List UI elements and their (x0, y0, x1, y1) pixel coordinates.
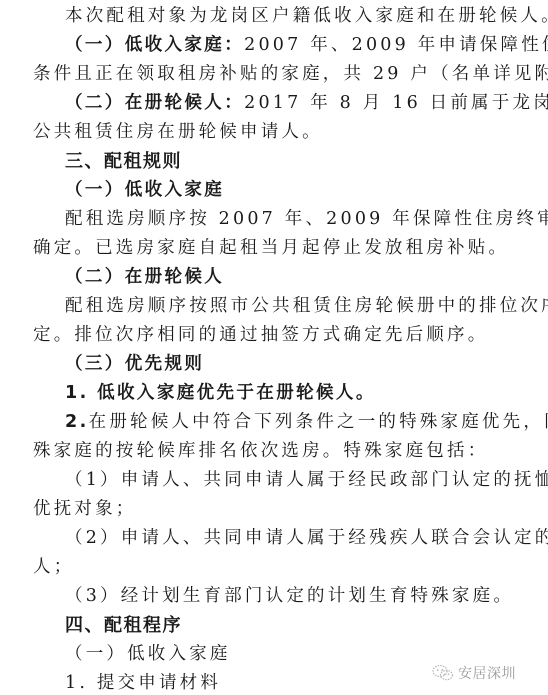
line-text: 配租选房顺序按照市公共租赁住房轮候册中的排位次序确 (65, 296, 548, 316)
special-family-item-1: （1）申请人、共同申请人属于经民政部门认定的抚恤定补 (65, 466, 517, 495)
priority-rule-2-cont: 殊家庭的按轮候库排名依次选房。特殊家庭包括： (33, 437, 517, 466)
priority-rule-2: 2.在册轮候人中符合下列条件之一的特殊家庭优先，同为特 (65, 408, 517, 437)
paragraph-low-income-cont: 条件且正在领取租房补贴的家庭，共 29 户（名单详见附件 1）。 (33, 60, 517, 89)
line-text: 2007 年、2009 年申请保障性住房符合 (244, 35, 548, 55)
step-text: 1. 提交申请材料 (65, 673, 221, 693)
watermark: 安居深圳 (432, 662, 516, 684)
paragraph-waitlist-cont: 公共租赁住房在册轮候申请人。 (33, 118, 517, 147)
paragraph-low-income-order: 配租选房顺序按 2007 年、2009 年保障性住房终审排名次序 (65, 205, 517, 234)
line-text: 在册轮候人中符合下列条件之一的特殊家庭优先，同为特 (89, 412, 548, 432)
line-text: 人； (33, 557, 74, 577)
special-family-item-1-cont: 优抚对象； (33, 495, 517, 524)
subheading-priority: （三）优先规则 (65, 350, 517, 379)
rule-text: 1. 低收入家庭优先于在册轮候人。 (65, 383, 376, 403)
special-family-item-2: （2）申请人、共同申请人属于经残疾人联合会认定的残疾 (65, 524, 517, 553)
subheading-text: （二）在册轮候人 (65, 267, 224, 287)
line-text: 确定。已选房家庭自起租当月起停止发放租房补贴。 (33, 238, 509, 258)
section-heading-rules: 三、配租规则 (65, 147, 517, 176)
paragraph-waitlist: （二）在册轮候人：2017 年 8 月 16 日前属于龙岗户籍的市 (65, 89, 517, 118)
line-text: 配租选房顺序按 2007 年、2009 年保障性住房终审排名次序 (65, 209, 548, 229)
line-text: 本次配租对象为龙岗区户籍低收入家庭和在册轮候人。 (65, 6, 548, 26)
line-text: （1）申请人、共同申请人属于经民政部门认定的抚恤定补 (65, 470, 548, 490)
line-text: 定。排位次序相同的通过抽签方式确定先后顺序。 (33, 325, 488, 345)
wechat-icon (432, 664, 454, 682)
line-text: （3）经计划生育部门认定的计划生育特殊家庭。 (65, 586, 514, 606)
heading-text: 四、配租程序 (65, 615, 182, 636)
subheading-low-income: （一）低收入家庭 (65, 176, 517, 205)
rule-number: 2. (65, 412, 89, 432)
subheading-text: （一）低收入家庭 (65, 644, 231, 664)
priority-rule-1: 1. 低收入家庭优先于在册轮候人。 (65, 379, 517, 408)
low-income-label: （一）低收入家庭： (65, 35, 244, 55)
line-text: （2）申请人、共同申请人属于经残疾人联合会认定的残疾 (65, 528, 548, 548)
paragraph-waitlist-order-cont: 定。排位次序相同的通过抽签方式确定先后顺序。 (33, 321, 517, 350)
line-text: 殊家庭的按轮候库排名依次选房。特殊家庭包括： (33, 441, 488, 461)
subheading-text: （一）低收入家庭 (65, 180, 224, 200)
line-text: 公共租赁住房在册轮候申请人。 (33, 122, 323, 142)
section-heading-procedure: 四、配租程序 (65, 611, 517, 640)
subheading-waitlist: （二）在册轮候人 (65, 263, 517, 292)
watermark-text: 安居深圳 (458, 663, 516, 683)
special-family-item-2-cont: 人； (33, 553, 517, 582)
line-text: 优抚对象； (33, 499, 137, 519)
paragraph-low-income-order-cont: 确定。已选房家庭自起租当月起停止发放租房补贴。 (33, 234, 517, 263)
paragraph-waitlist-order: 配租选房顺序按照市公共租赁住房轮候册中的排位次序确 (65, 292, 517, 321)
paragraph-low-income: （一）低收入家庭：2007 年、2009 年申请保障性住房符合 (65, 31, 517, 60)
special-family-item-3: （3）经计划生育部门认定的计划生育特殊家庭。 (65, 582, 517, 611)
document-page: 本次配租对象为龙岗区户籍低收入家庭和在册轮候人。 （一）低收入家庭：2007 年… (0, 0, 548, 695)
waitlist-label: （二）在册轮候人： (65, 93, 244, 113)
subheading-text: （三）优先规则 (65, 354, 204, 374)
line-text: 2017 年 8 月 16 日前属于龙岗户籍的市 (244, 93, 548, 113)
line-text: 条件且正在领取租房补贴的家庭，共 29 户（名单详见附件 1）。 (33, 64, 548, 84)
heading-text: 三、配租规则 (65, 151, 182, 172)
paragraph-intro: 本次配租对象为龙岗区户籍低收入家庭和在册轮候人。 (65, 2, 517, 31)
